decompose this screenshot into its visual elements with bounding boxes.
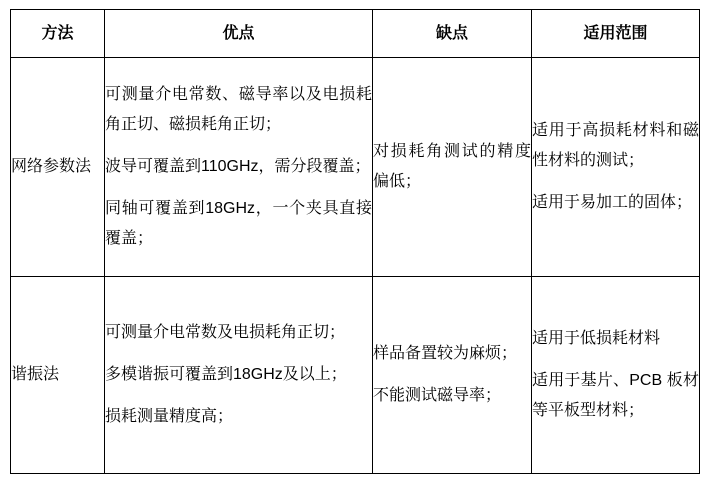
cell-paragraph: 适用于易加工的固体； bbox=[532, 188, 699, 218]
cell-paragraph: 不能测试磁导率； bbox=[373, 381, 531, 411]
disadvantages-cell: 样品备置较为麻烦； 不能测试磁导率； bbox=[373, 277, 532, 474]
scope-cell: 适用于低损耗材料 适用于基片、PCB 板材等平板型材料； bbox=[532, 277, 700, 474]
cell-paragraph: 适用于低损耗材料 bbox=[532, 324, 699, 354]
header-cell-method: 方法 bbox=[11, 10, 105, 58]
cell-paragraph: 同轴可覆盖到18GHz，一个夹具直接覆盖； bbox=[105, 194, 372, 254]
cell-paragraph: 损耗测量精度高； bbox=[105, 402, 372, 432]
header-cell-disadvantages: 缺点 bbox=[373, 10, 532, 58]
document-page: 方法 优点 缺点 适用范围 网络参数法 可测量介电常数、磁导率以及电损耗角正切、… bbox=[0, 0, 710, 482]
cell-paragraph: 适用于高损耗材料和磁性材料的测试； bbox=[532, 116, 699, 176]
header-cell-advantages: 优点 bbox=[105, 10, 373, 58]
cell-paragraph: 可测量介电常数及电损耗角正切； bbox=[105, 318, 372, 348]
method-cell: 谐振法 bbox=[11, 277, 105, 474]
table-row-network-parameter-method: 网络参数法 可测量介电常数、磁导率以及电损耗角正切、磁损耗角正切； 波导可覆盖到… bbox=[11, 58, 700, 277]
cell-paragraph: 适用于基片、PCB 板材等平板型材料； bbox=[532, 366, 699, 426]
cell-paragraph: 样品备置较为麻烦； bbox=[373, 339, 531, 369]
table-header-row: 方法 优点 缺点 适用范围 bbox=[11, 10, 700, 58]
method-cell: 网络参数法 bbox=[11, 58, 105, 277]
cell-paragraph: 对损耗角测试的精度偏低； bbox=[373, 137, 531, 197]
header-cell-scope: 适用范围 bbox=[532, 10, 700, 58]
disadvantages-cell: 对损耗角测试的精度偏低； bbox=[373, 58, 532, 277]
cell-paragraph: 多模谐振可覆盖到18GHz及以上； bbox=[105, 360, 372, 390]
cell-paragraph: 可测量介电常数、磁导率以及电损耗角正切、磁损耗角正切； bbox=[105, 80, 372, 140]
advantages-cell: 可测量介电常数及电损耗角正切； 多模谐振可覆盖到18GHz及以上； 损耗测量精度… bbox=[105, 277, 373, 474]
method-comparison-table: 方法 优点 缺点 适用范围 网络参数法 可测量介电常数、磁导率以及电损耗角正切、… bbox=[10, 9, 700, 474]
advantages-cell: 可测量介电常数、磁导率以及电损耗角正切、磁损耗角正切； 波导可覆盖到110GHz… bbox=[105, 58, 373, 277]
cell-paragraph: 波导可覆盖到110GHz，需分段覆盖； bbox=[105, 152, 372, 182]
table-row-resonance-method: 谐振法 可测量介电常数及电损耗角正切； 多模谐振可覆盖到18GHz及以上； 损耗… bbox=[11, 277, 700, 474]
scope-cell: 适用于高损耗材料和磁性材料的测试； 适用于易加工的固体； bbox=[532, 58, 700, 277]
